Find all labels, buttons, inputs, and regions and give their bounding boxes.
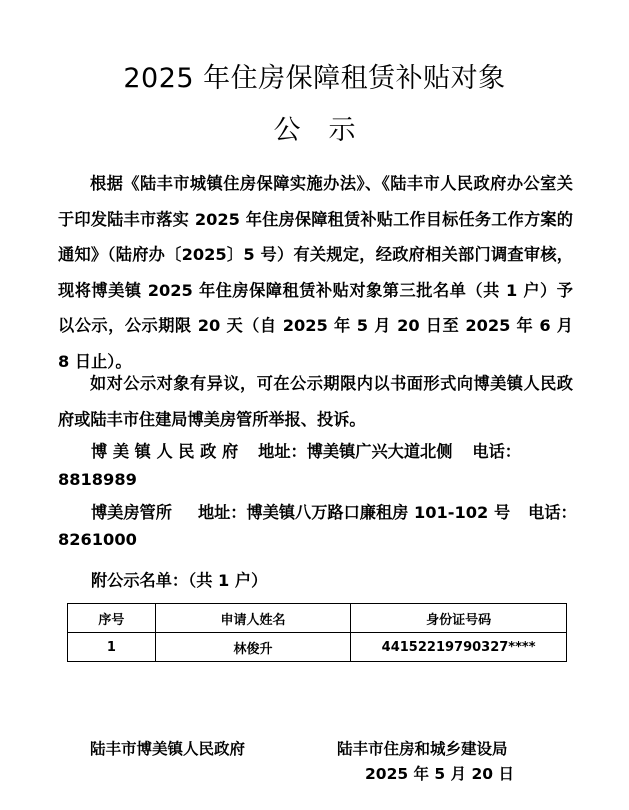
contact-org: 博美房管所 <box>91 503 172 522</box>
contact-phone-government: 8818989 <box>58 470 137 489</box>
contact-phone-housing-office: 8261000 <box>58 530 137 549</box>
contact-address: 地址：博美镇广兴大道北侧 <box>258 442 452 461</box>
contact-phone-label: 电话： <box>472 442 521 461</box>
cell-applicant-name: 林俊升 <box>155 633 350 662</box>
contact-org: 博 美 镇 人 民 政 府 <box>91 442 238 461</box>
signature-right: 陆丰市住房和城乡建设局 <box>337 737 508 759</box>
paragraph-objection: 如对公示对象有异议，可在公示期限内以书面形式向博美镇人民政府或陆丰市住建局博美房… <box>58 366 573 437</box>
header-index: 序号 <box>68 604 156 633</box>
subtitle-char: 示 <box>329 115 356 146</box>
recipient-table: 序号 申请人姓名 身份证号码 1 林俊升 44152219790327**** <box>67 603 567 662</box>
contact-line-government: 博 美 镇 人 民 政 府地址：博美镇广兴大道北侧电话： <box>91 438 521 462</box>
signature-date: 2025 年 5 月 20 日 <box>365 762 514 784</box>
signature-left: 陆丰市博美镇人民政府 <box>90 737 245 759</box>
contact-line-housing-office: 博美房管所地址：博美镇八万路口廉租房 101-102 号电话： <box>91 499 577 523</box>
header-id-number: 身份证号码 <box>351 604 567 633</box>
cell-index: 1 <box>68 633 156 662</box>
table-header-row: 序号 申请人姓名 身份证号码 <box>68 604 567 633</box>
cell-id-number: 44152219790327**** <box>351 633 567 662</box>
document-subtitle: 公示 <box>0 108 629 147</box>
table-row: 1 林俊升 44152219790327**** <box>68 633 567 662</box>
list-caption: 附公示名单：（共 1 户） <box>91 567 267 591</box>
contact-phone-label: 电话： <box>528 503 577 522</box>
contact-address: 地址：博美镇八万路口廉租房 101-102 号 <box>198 503 510 522</box>
paragraph-announcement: 根据《陆丰市城镇住房保障实施办法》、《陆丰市人民政府办公室关于印发陆丰市落实 2… <box>58 166 573 379</box>
subtitle-char: 公 <box>274 115 301 146</box>
document-title: 2025 年住房保障租赁补贴对象 <box>0 56 629 95</box>
header-applicant-name: 申请人姓名 <box>155 604 350 633</box>
